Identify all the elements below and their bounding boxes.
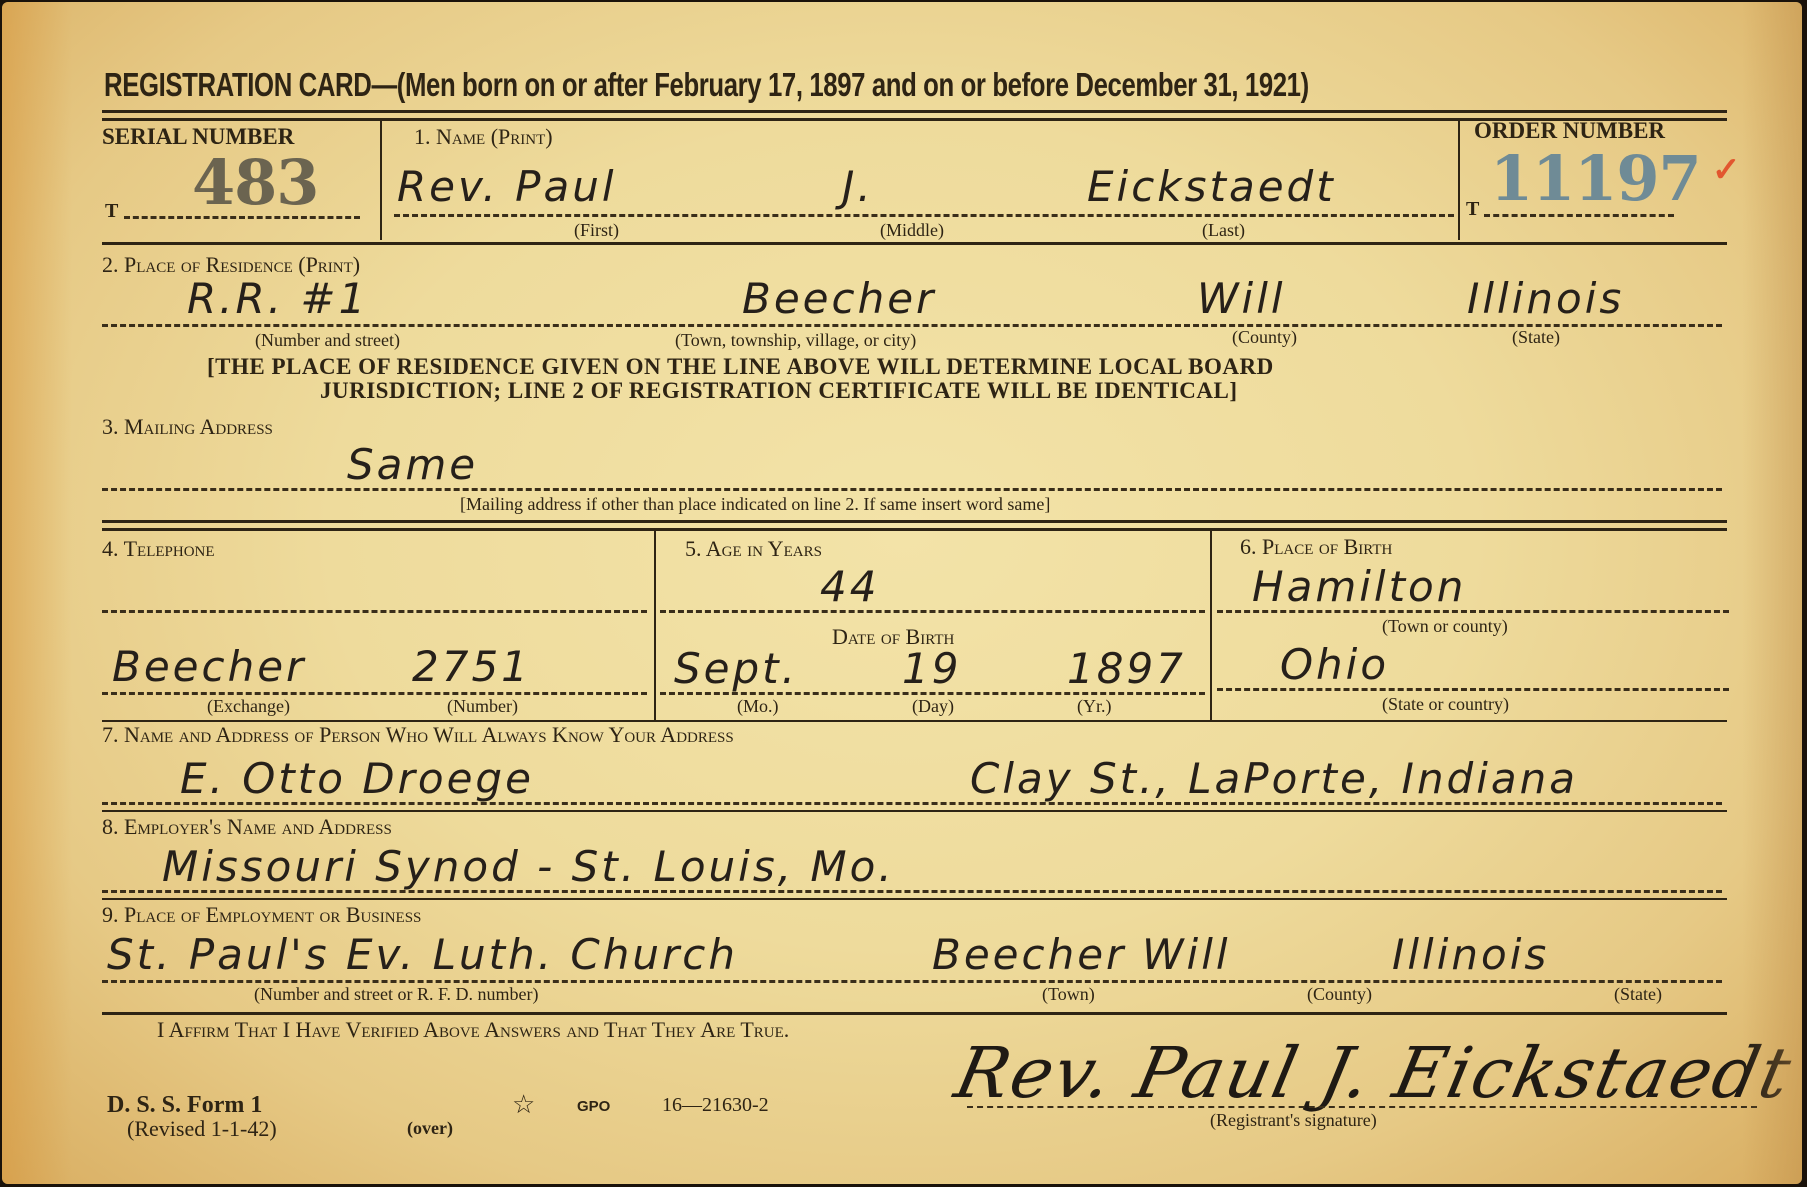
form-name: D. S. S. Form 1 [107,1092,262,1119]
dob-day-value[interactable]: 19 [902,644,961,693]
mailing-address-line [102,488,1722,491]
employment-street-caption: (Number and street or R. F. D. number) [254,984,539,1005]
row3-rule-top [102,520,1727,523]
serial-number-value[interactable]: 483 [192,146,318,219]
order-number-value[interactable]: 11197 [1490,142,1701,215]
contact-name-value[interactable]: E. Otto Droege [180,754,534,803]
telephone-exchange-value[interactable]: Beecher [112,642,306,691]
birth-state-caption: (State or country) [1382,694,1509,715]
mailing-address-caption: [Mailing address if other than place ind… [460,494,1050,515]
row3-rule-bottom [102,528,1727,531]
telephone-line-2 [102,692,647,695]
birth-town-caption: (Town or county) [1382,616,1508,637]
first-caption: (First) [574,220,619,241]
name-label: 1. Name (Print) [414,124,553,150]
affirmation-text: I Affirm That I Have Verified Above Answ… [157,1017,789,1043]
employment-state-value[interactable]: Illinois [1392,930,1549,979]
employer-value[interactable]: Missouri Synod - St. Louis, Mo. [162,842,895,891]
telephone-exchange-caption: (Exchange) [207,696,290,717]
signature-caption: (Registrant's signature) [1210,1110,1377,1131]
row7-rule [102,810,1727,812]
contact-address-value[interactable]: Clay St., LaPorte, Indiana [970,754,1578,803]
telephone-number-caption: (Number) [447,696,518,717]
mailing-address-label: 3. Mailing Address [102,414,273,440]
order-number-label: ORDER NUMBER [1474,118,1665,144]
employer-label: 8. Employer's Name and Address [102,814,392,840]
place-of-birth-label: 6. Place of Birth [1240,534,1392,560]
star-icon: ☆ [512,1090,535,1120]
last-caption: (Last) [1202,220,1245,241]
last-name-value[interactable]: Eickstaedt [1087,162,1336,211]
telephone-number-value[interactable]: 2751 [412,642,531,691]
birth-town-value[interactable]: Hamilton [1252,562,1466,611]
residence-county-value[interactable]: Will [1197,274,1286,323]
employment-street-value[interactable]: St. Paul's Ev. Luth. Church [107,930,738,979]
residence-town-value[interactable]: Beecher [742,274,936,323]
registration-card: REGISTRATION CARD—(Men born on or after … [2,2,1802,1184]
dob-year-value[interactable]: 1897 [1067,644,1186,693]
check-mark-icon: ✓ [1712,150,1741,190]
gpo-mark: GPO [577,1098,610,1115]
dob-day-caption: (Day) [912,696,954,717]
dob-month-caption: (Mo.) [737,696,779,717]
residence-street-caption: (Number and street) [255,330,400,351]
birth-state-value[interactable]: Ohio [1280,640,1389,689]
contact-label: 7. Name and Address of Person Who Will A… [102,722,734,748]
row1-rule [102,242,1727,245]
dob-year-caption: (Yr.) [1077,696,1112,717]
title-rule-top [102,110,1727,113]
order-prefix: T [1466,198,1479,221]
employment-town-value[interactable]: Beecher [932,930,1126,979]
residence-state-value[interactable]: Illinois [1467,274,1624,323]
registrant-signature[interactable]: Rev. Paul J. Eickstaedt [948,1032,1799,1114]
residence-town-caption: (Town, township, village, or city) [675,330,916,351]
residence-line [102,324,1722,327]
over-note: (over) [407,1118,453,1139]
residence-street-value[interactable]: R.R. #1 [187,274,368,323]
age-label: 5. Age in Years [685,536,822,562]
middle-caption: (Middle) [880,220,944,241]
serial-prefix: T [105,200,118,223]
order-divider [1458,120,1460,240]
employment-county-caption: (County) [1307,984,1372,1005]
age-line [660,610,1205,613]
residence-county-caption: (County) [1232,327,1297,348]
serial-divider [380,120,382,240]
row8-rule [102,898,1727,900]
age-value[interactable]: 44 [820,562,879,611]
name-line [394,214,1454,217]
telephone-divider [654,530,656,720]
employment-county-value[interactable]: Will [1142,930,1231,979]
signature-line [967,1106,1757,1108]
dob-month-value[interactable]: Sept. [674,644,798,693]
residence-notice-line1: [THE PLACE OF RESIDENCE GIVEN ON THE LIN… [207,354,1274,380]
telephone-label: 4. Telephone [102,536,215,562]
first-name-value[interactable]: Rev. Paul [397,162,617,211]
row9-rule [102,1012,1727,1015]
form-revised: (Revised 1-1-42) [127,1116,277,1142]
print-code: 16—21630-2 [662,1094,769,1117]
employment-label: 9. Place of Employment or Business [102,902,421,928]
residence-notice-line2: JURISDICTION; LINE 2 OF REGISTRATION CER… [320,378,1238,404]
residence-state-caption: (State) [1512,327,1560,348]
card-title: REGISTRATION CARD—(Men born on or after … [104,66,1309,104]
middle-name-value[interactable]: J. [842,162,874,211]
employment-line [102,980,1722,983]
employment-state-caption: (State) [1614,984,1662,1005]
telephone-line-1 [102,610,647,613]
age-divider [1210,530,1212,720]
mailing-address-value[interactable]: Same [347,440,478,489]
employment-town-caption: (Town) [1042,984,1095,1005]
